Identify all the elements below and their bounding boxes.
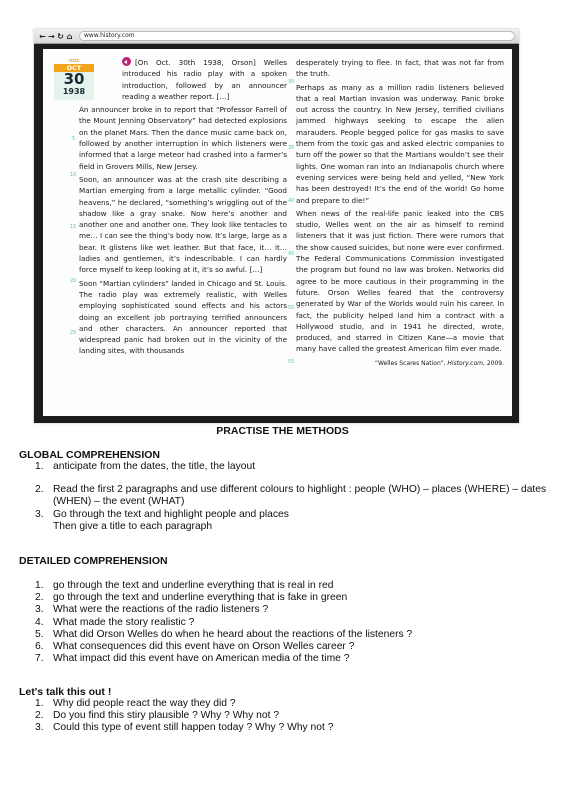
- line-number: 25: [70, 330, 76, 336]
- detailed-comprehension-heading: DETAILED COMPREHENSION: [19, 555, 168, 567]
- question-item: 5.What did Orson Welles do when he heard…: [35, 629, 412, 641]
- question-item: 1.Why did people react the way they did …: [35, 698, 333, 710]
- line-number: 20: [70, 278, 76, 284]
- article-page: ccccc OCT 30 1938 5 10 15 20 25 30 35 40…: [43, 49, 512, 416]
- browser-toolbar: ← → ↻ ⌂ www.history.com: [34, 29, 519, 44]
- line-number: 30: [288, 79, 294, 85]
- worksheet-title: PRACTISE THE METHODS: [0, 425, 565, 437]
- line-number: 35: [288, 145, 294, 151]
- article-paragraph: Soon “Martian cylinders” landed in Chica…: [79, 278, 287, 357]
- line-number: 45: [288, 251, 294, 257]
- question-item: 7.What impact did this event have on Ame…: [35, 653, 412, 665]
- article-screenshot: ← → ↻ ⌂ www.history.com ccccc OCT 30 193…: [34, 29, 519, 423]
- back-arrow-icon: ←: [38, 29, 47, 44]
- home-icon: ⌂: [65, 29, 74, 44]
- global-comprehension-heading: GLOBAL COMPREHENSION: [19, 449, 160, 461]
- article-paragraph: An announcer broke in to report that “Pr…: [79, 104, 287, 172]
- line-number: 15: [70, 224, 76, 230]
- detailed-comprehension-list: 1.go through the text and underline ever…: [35, 580, 412, 665]
- audio-icon[interactable]: [122, 57, 131, 66]
- question-item: 6.What consequences did this event have …: [35, 641, 412, 653]
- line-number: 10: [70, 172, 76, 178]
- talk-list: 1.Why did people react the way they did …: [35, 698, 333, 735]
- question-item: 3.Could this type of event still happen …: [35, 722, 333, 734]
- lead-paragraph: [On Oct. 30th 1938, Orson] Welles introd…: [122, 57, 287, 102]
- line-number: 40: [288, 198, 294, 204]
- question-item: 2.go through the text and underline ever…: [35, 592, 412, 604]
- citation: “Welles Scares Nation”, History.com, 200…: [296, 358, 504, 369]
- question-item: 1.anticipate from the dates, the title, …: [35, 461, 565, 473]
- article-column-left: [On Oct. 30th 1938, Orson] Welles introd…: [79, 57, 287, 359]
- article-column-right: desperately trying to flee. In fact, tha…: [296, 57, 504, 369]
- url-bar: www.history.com: [79, 31, 515, 41]
- question-item: 4.What made the story realistic ?: [35, 617, 412, 629]
- line-number: 50: [288, 305, 294, 311]
- question-item: 2.Read the first 2 paragraphs and use di…: [35, 484, 565, 508]
- question-item: 2.Do you find this stiry plausible ? Why…: [35, 710, 333, 722]
- article-paragraph: Perhaps as many as a million radio liste…: [296, 82, 504, 206]
- question-item: 1.go through the text and underline ever…: [35, 580, 412, 592]
- article-paragraph: When news of the real-life panic leaked …: [296, 208, 504, 355]
- line-number: 55: [288, 359, 294, 365]
- line-number: 5: [72, 136, 75, 142]
- question-item: 3.Go through the text and highlight peop…: [35, 509, 565, 533]
- question-item: 3.What were the reactions of the radio l…: [35, 604, 412, 616]
- article-paragraph: desperately trying to flee. In fact, tha…: [296, 57, 504, 80]
- global-comprehension-list: 1.anticipate from the dates, the title, …: [35, 461, 565, 533]
- forward-arrow-icon: →: [47, 29, 56, 44]
- talk-heading: Let's talk this out !: [19, 686, 111, 698]
- reload-icon: ↻: [56, 29, 65, 44]
- article-paragraph: Soon, an announcer was at the crash site…: [79, 174, 287, 276]
